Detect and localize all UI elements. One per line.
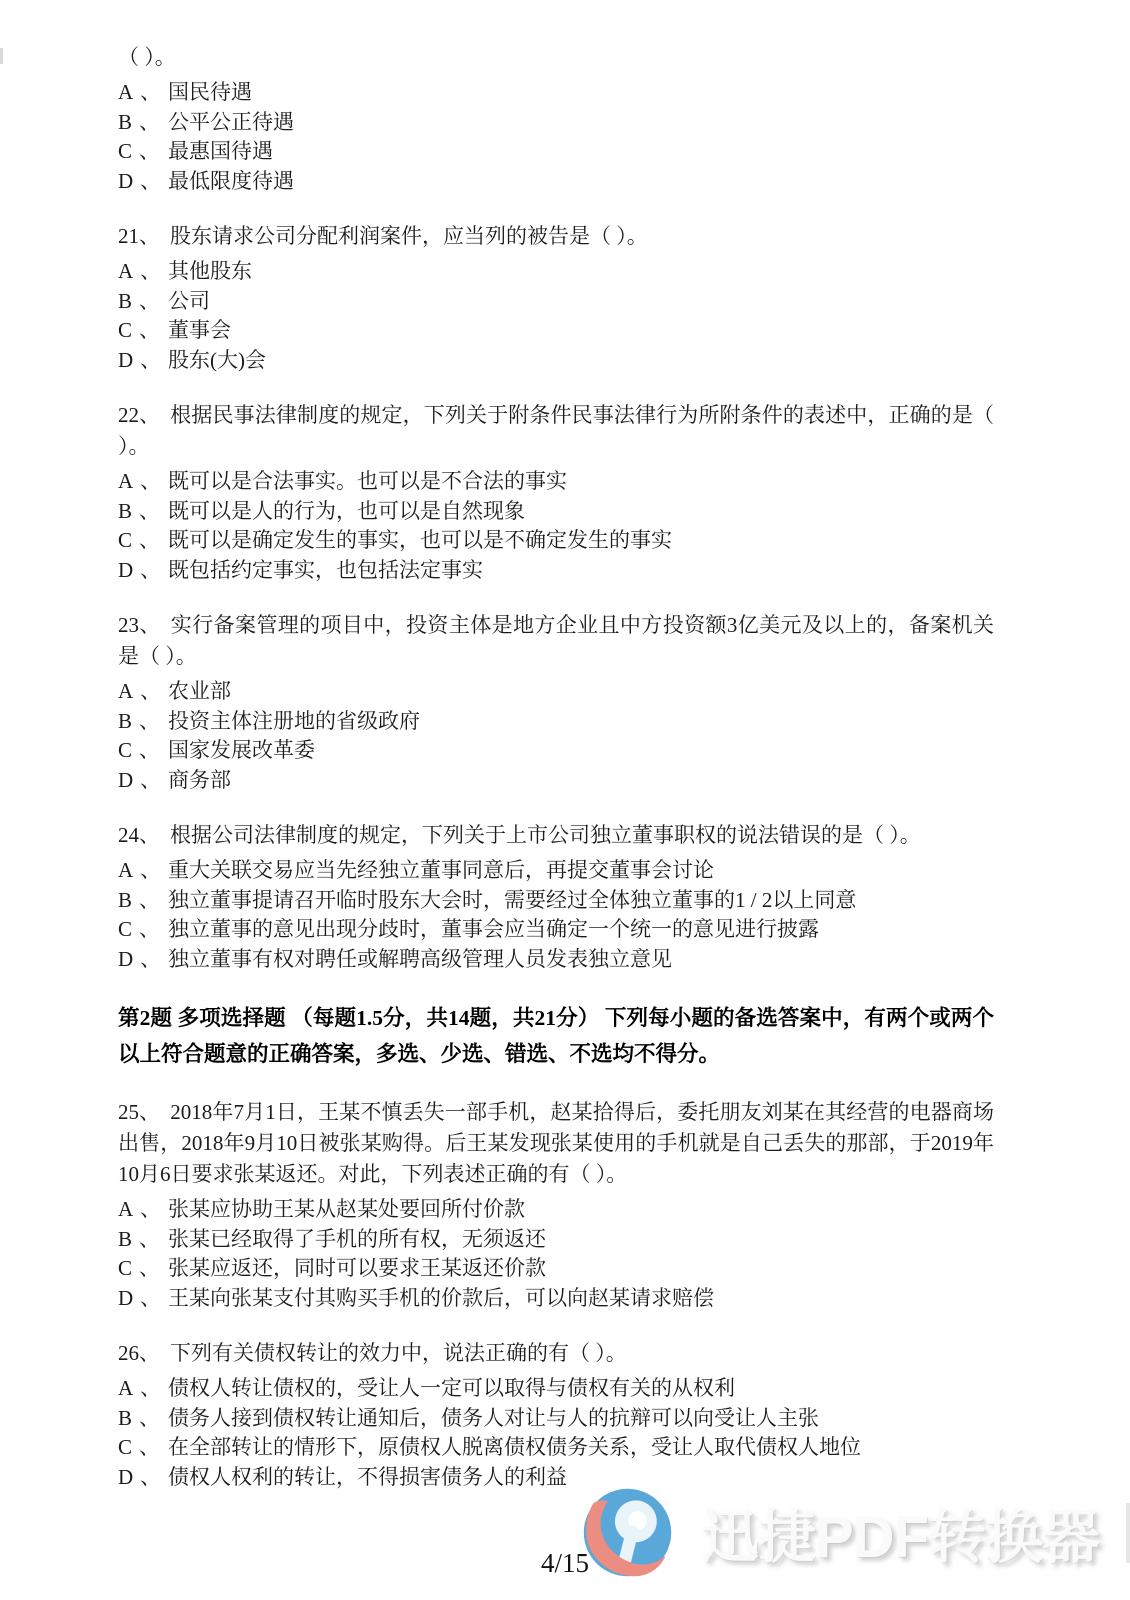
question-21: 21、股东请求公司分配利润案件，应当列的被告是（ ）。A、其他股东B、公司C、董…: [118, 221, 994, 375]
question-number: 26、: [118, 1341, 160, 1365]
option-label: B、: [118, 108, 168, 138]
option-text: 债权人转让债权的，受让人一定可以取得与债权有关的从权利: [168, 1376, 735, 1400]
question-stem: 21、股东请求公司分配利润案件，应当列的被告是（ ）。: [118, 221, 994, 252]
question-26: 26、下列有关债权转让的效力中，说法正确的有（ ）。A、债权人转让债权的，受让人…: [118, 1338, 994, 1492]
option-label: D、: [118, 766, 168, 796]
option-row-B: B、既可以是人的行为，也可以是自然现象: [118, 497, 994, 527]
option-row-B: B、公平公正待遇: [118, 108, 994, 138]
option-text: 张某已经取得了手机的所有权，无须返还: [168, 1227, 546, 1251]
option-row-A: A、国民待遇: [118, 78, 994, 108]
option-row-C: C、董事会: [118, 316, 994, 346]
option-row-D: D、股东(大)会: [118, 346, 994, 376]
question-stem-text: 实行备案管理的项目中，投资主体是地方企业且中方投资额3亿美元及以上的，备案机关是…: [118, 613, 994, 668]
option-label: D、: [118, 1284, 168, 1314]
option-label: A、: [118, 257, 168, 287]
option-text: 公司: [168, 289, 210, 313]
option-text: 最低限度待遇: [168, 169, 294, 193]
option-label: B、: [118, 1404, 168, 1434]
question-stem-text: 股东请求公司分配利润案件，应当列的被告是（ ）。: [170, 224, 648, 248]
option-label: C、: [118, 316, 168, 346]
option-text: 投资主体注册地的省级政府: [168, 709, 420, 733]
option-row-D: D、最低限度待遇: [118, 167, 994, 197]
option-text: 董事会: [168, 318, 231, 342]
question-stem-text: 下列有关债权转让的效力中，说法正确的有（ ）。: [170, 1341, 627, 1365]
option-label: C、: [118, 526, 168, 556]
question-number: 25、: [118, 1100, 160, 1124]
option-text: 独立董事有权对聘任或解聘高级管理人员发表独立意见: [168, 947, 672, 971]
option-text: 既包括约定事实，也包括法定事实: [168, 558, 483, 582]
question-stem: 26、下列有关债权转让的效力中，说法正确的有（ ）。: [118, 1338, 994, 1369]
option-text: 公平公正待遇: [168, 110, 294, 134]
option-label: B、: [118, 1225, 168, 1255]
option-text: 农业部: [168, 679, 231, 703]
option-row-C: C、最惠国待遇: [118, 137, 994, 167]
question-stem-text: 2018年7月1日，王某不慎丢失一部手机，赵某拾得后，委托朋友刘某在其经营的电器…: [118, 1100, 994, 1186]
option-text: 独立董事的意见出现分歧时，董事会应当确定一个统一的意见进行披露: [168, 917, 819, 941]
option-label: C、: [118, 1433, 168, 1463]
option-text: 商务部: [168, 768, 231, 792]
question-stem-text: （ ）。: [118, 45, 176, 69]
option-label: A、: [118, 467, 168, 497]
option-label: D、: [118, 945, 168, 975]
option-text: 股东(大)会: [168, 348, 266, 372]
option-text: 国民待遇: [168, 80, 252, 104]
option-row-C: C、国家发展改革委: [118, 736, 994, 766]
question-23: 23、实行备案管理的项目中，投资主体是地方企业且中方投资额3亿美元及以上的，备案…: [118, 610, 994, 795]
option-row-C: C、独立董事的意见出现分歧时，董事会应当确定一个统一的意见进行披露: [118, 915, 994, 945]
question-number: 22、: [118, 403, 160, 427]
question-options-continuation: （ ）。A、国民待遇B、公平公正待遇C、最惠国待遇D、最低限度待遇: [118, 42, 994, 196]
option-label: D、: [118, 556, 168, 586]
option-row-B: B、投资主体注册地的省级政府: [118, 707, 994, 737]
option-label: A、: [118, 78, 168, 108]
option-text: 既可以是合法事实。也可以是不合法的事实: [168, 469, 567, 493]
question-number: 23、: [118, 613, 161, 637]
option-text: 重大关联交易应当先经独立董事同意后，再提交董事会讨论: [168, 858, 714, 882]
option-label: D、: [118, 1463, 168, 1493]
option-row-D: D、债权人权利的转让，不得损害债务人的利益: [118, 1463, 994, 1493]
option-text: 独立董事提请召开临时股东大会时，需要经过全体独立董事的1 / 2以上同意: [168, 888, 856, 912]
question-stem: 23、实行备案管理的项目中，投资主体是地方企业且中方投资额3亿美元及以上的，备案…: [118, 610, 994, 672]
option-row-B: B、债务人接到债权转让通知后，债务人对让与人的抗辩可以向受让人主张: [118, 1404, 994, 1434]
option-text: 张某应协助王某从赵某处要回所付价款: [168, 1197, 525, 1221]
option-row-D: D、独立董事有权对聘任或解聘高级管理人员发表独立意见: [118, 945, 994, 975]
scan-edge-artifact: [0, 48, 3, 64]
option-label: C、: [118, 1254, 168, 1284]
option-text: 其他股东: [168, 259, 252, 283]
question-number: 21、: [118, 224, 160, 248]
option-label: B、: [118, 707, 168, 737]
option-text: 债权人权利的转让，不得损害债务人的利益: [168, 1465, 567, 1489]
option-label: C、: [118, 915, 168, 945]
question-stem: 22、根据民事法律制度的规定，下列关于附条件民事法律行为所附条件的表述中，正确的…: [118, 400, 994, 462]
option-row-B: B、独立董事提请召开临时股东大会时，需要经过全体独立董事的1 / 2以上同意: [118, 886, 994, 916]
question-25: 25、2018年7月1日，王某不慎丢失一部手机，赵某拾得后，委托朋友刘某在其经营…: [118, 1097, 994, 1313]
option-row-A: A、重大关联交易应当先经独立董事同意后，再提交董事会讨论: [118, 856, 994, 886]
option-text: 王某向张某支付其购买手机的价款后，可以向赵某请求赔偿: [168, 1286, 714, 1310]
question-stem: 24、根据公司法律制度的规定，下列关于上市公司独立董事职权的说法错误的是（ ）。: [118, 820, 994, 851]
option-row-A: A、其他股东: [118, 257, 994, 287]
option-label: A、: [118, 1195, 168, 1225]
option-text: 张某应返还，同时可以要求王某返还价款: [168, 1256, 546, 1280]
option-text: 在全部转让的情形下，原债权人脱离债权债务关系，受让人取代债权人地位: [168, 1435, 861, 1459]
option-row-A: A、张某应协助王某从赵某处要回所付价款: [118, 1195, 994, 1225]
question-24: 24、根据公司法律制度的规定，下列关于上市公司独立董事职权的说法错误的是（ ）。…: [118, 820, 994, 974]
question-22: 22、根据民事法律制度的规定，下列关于附条件民事法律行为所附条件的表述中，正确的…: [118, 400, 994, 585]
option-label: A、: [118, 1374, 168, 1404]
option-row-C: C、既可以是确定发生的事实，也可以是不确定发生的事实: [118, 526, 994, 556]
option-row-B: B、公司: [118, 287, 994, 317]
option-row-A: A、债权人转让债权的，受让人一定可以取得与债权有关的从权利: [118, 1374, 994, 1404]
option-label: B、: [118, 497, 168, 527]
option-label: C、: [118, 736, 168, 766]
question-number: 24、: [118, 823, 160, 847]
question-stem-text: 根据公司法律制度的规定，下列关于上市公司独立董事职权的说法错误的是（ ）。: [170, 823, 921, 847]
question-stem-text: 根据民事法律制度的规定，下列关于附条件民事法律行为所附条件的表述中，正确的是（ …: [118, 403, 994, 458]
option-row-D: D、商务部: [118, 766, 994, 796]
option-row-C: C、在全部转让的情形下，原债权人脱离债权债务关系，受让人取代债权人地位: [118, 1433, 994, 1463]
option-label: A、: [118, 677, 168, 707]
option-label: A、: [118, 856, 168, 886]
option-text: 国家发展改革委: [168, 738, 315, 762]
option-row-A: A、既可以是合法事实。也可以是不合法的事实: [118, 467, 994, 497]
option-row-A: A、农业部: [118, 677, 994, 707]
option-text: 既可以是人的行为，也可以是自然现象: [168, 499, 525, 523]
section-2-header: 第2题 多项选择题 （每题1.5分，共14题，共21分） 下列每小题的备选答案中…: [118, 1000, 994, 1072]
question-stem: （ ）。: [118, 42, 994, 73]
option-label: B、: [118, 886, 168, 916]
option-text: 既可以是确定发生的事实，也可以是不确定发生的事实: [168, 528, 672, 552]
option-row-D: D、王某向张某支付其购买手机的价款后，可以向赵某请求赔偿: [118, 1284, 994, 1314]
option-label: B、: [118, 287, 168, 317]
option-row-C: C、张某应返还，同时可以要求王某返还价款: [118, 1254, 994, 1284]
option-text: 最惠国待遇: [168, 139, 273, 163]
option-row-B: B、张某已经取得了手机的所有权，无须返还: [118, 1225, 994, 1255]
page-number: 4/15: [0, 1548, 1130, 1579]
exam-content: （ ）。A、国民待遇B、公平公正待遇C、最惠国待遇D、最低限度待遇21、股东请求…: [118, 42, 994, 1492]
option-label: D、: [118, 167, 168, 197]
option-row-D: D、既包括约定事实，也包括法定事实: [118, 556, 994, 586]
option-label: C、: [118, 137, 168, 167]
option-label: D、: [118, 346, 168, 376]
option-text: 债务人接到债权转让通知后，债务人对让与人的抗辩可以向受让人主张: [168, 1406, 819, 1430]
question-stem: 25、2018年7月1日，王某不慎丢失一部手机，赵某拾得后，委托朋友刘某在其经营…: [118, 1097, 994, 1190]
